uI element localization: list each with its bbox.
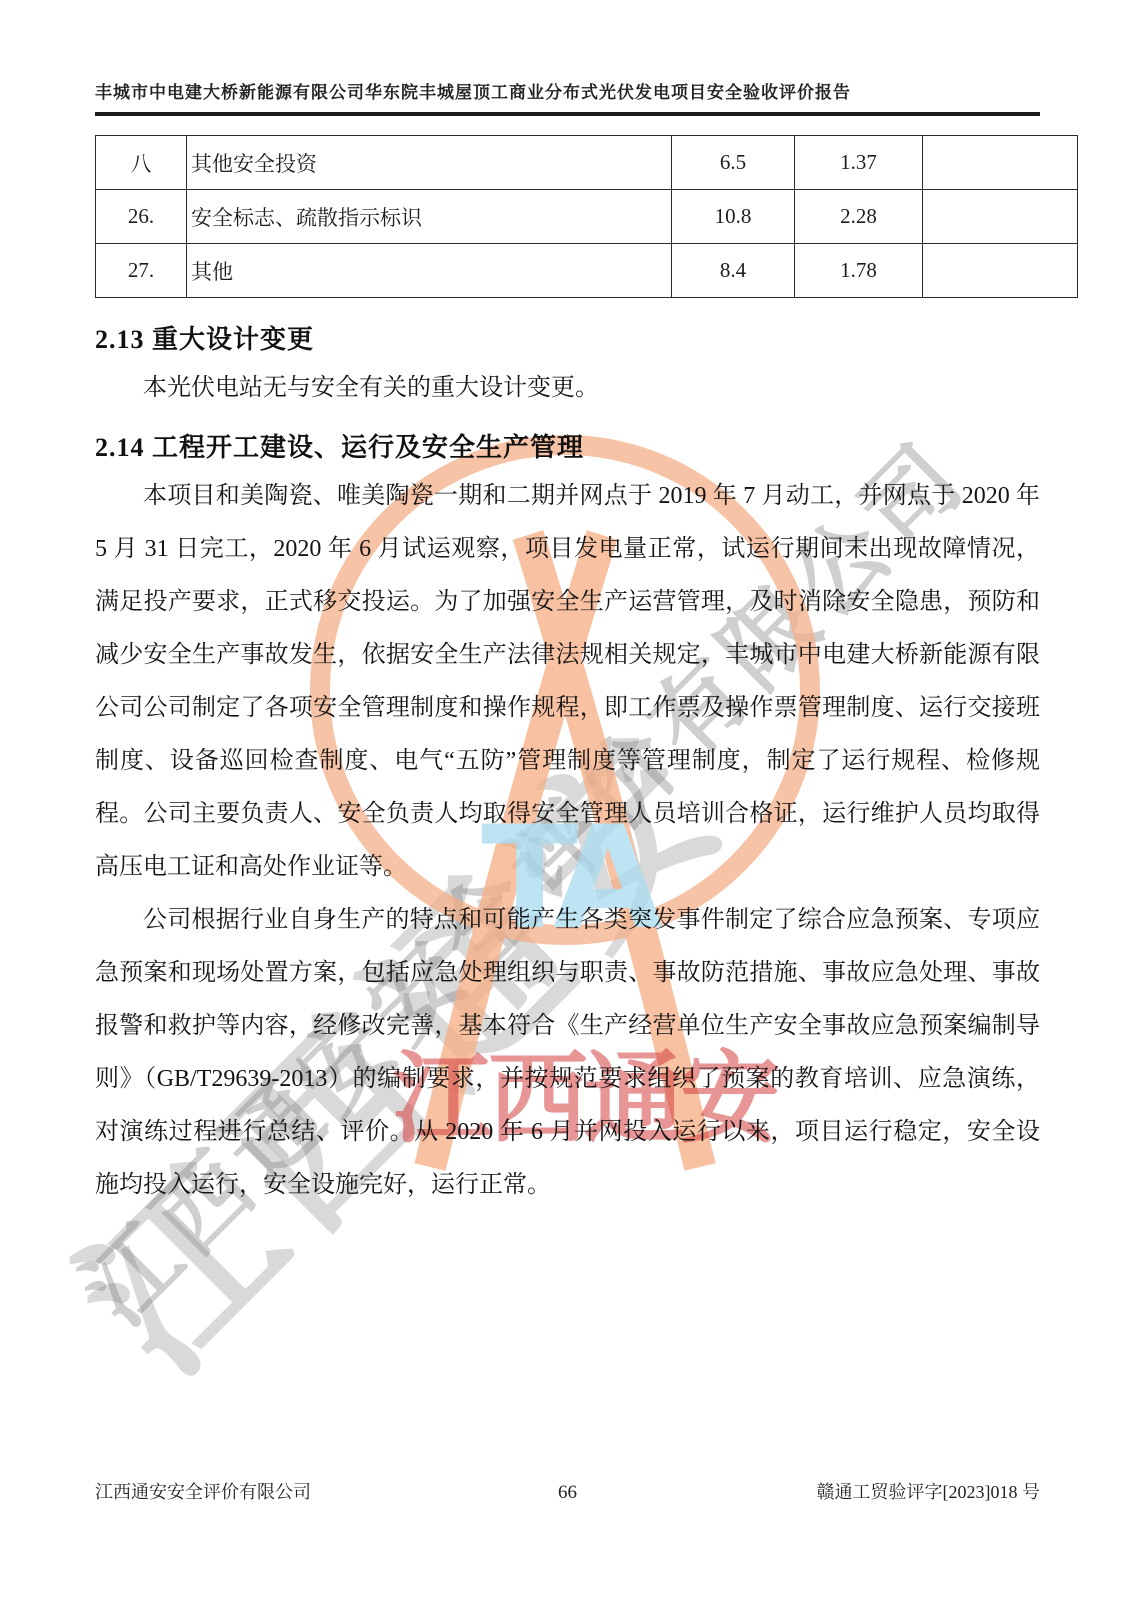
section-2-14-paragraph-1: 本项目和美陶瓷、唯美陶瓷一期和二期并网点于 2019 年 7 月动工，并网点于 … [95,470,1040,894]
table-row: 26. 安全标志、疏散指示标识 10.8 2.28 [96,190,1078,244]
cell-value-1: 10.8 [672,190,795,244]
cell-item-name: 其他 [187,244,672,298]
page-footer: 江西通安安全评价有限公司 66 赣通工贸验评字[2023]018 号 [95,1478,1040,1504]
cell-value-2: 1.78 [795,244,923,298]
section-2-13-paragraph: 本光伏电站无与安全有关的重大设计变更。 [95,362,1040,415]
cell-row-no: 27. [96,244,187,298]
section-2-14-paragraph-2: 公司根据行业自身生产的特点和可能产生各类突发事件制定了综合应急预案、专项应急预案… [95,894,1040,1212]
footer-document-number: 赣通工贸验评字[2023]018 号 [577,1478,1040,1504]
report-page: 江西通安安全评价有限公司 江西通安 TA 江西通安 丰城市中电建大桥新能源有限公… [0,0,1131,1600]
cell-row-no: 八 [96,136,187,190]
table-row: 27. 其他 8.4 1.78 [96,244,1078,298]
footer-company-name: 江西通安安全评价有限公司 [95,1478,558,1504]
page-header-title: 丰城市中电建大桥新能源有限公司华东院丰城屋顶工商业分布式光伏发电项目安全验收评价… [95,0,1040,116]
footer-page-number: 66 [558,1482,577,1504]
cell-value-1: 6.5 [672,136,795,190]
section-heading-2-13: 2.13 重大设计变更 [95,319,1040,356]
safety-cost-table: 八 其他安全投资 6.5 1.37 26. 安全标志、疏散指示标识 10.8 2… [95,135,1078,298]
cell-item-name: 其他安全投资 [187,136,672,190]
cell-value-1: 8.4 [672,244,795,298]
cell-note [923,136,1078,190]
cell-row-no: 26. [96,190,187,244]
cell-note [923,190,1078,244]
cell-value-2: 1.37 [795,136,923,190]
cell-note [923,244,1078,298]
cell-value-2: 2.28 [795,190,923,244]
table-row: 八 其他安全投资 6.5 1.37 [96,136,1078,190]
cell-item-name: 安全标志、疏散指示标识 [187,190,672,244]
page-content: 丰城市中电建大桥新能源有限公司华东院丰城屋顶工商业分布式光伏发电项目安全验收评价… [95,0,1040,1212]
section-heading-2-14: 2.14 工程开工建设、运行及安全生产管理 [95,427,1040,464]
